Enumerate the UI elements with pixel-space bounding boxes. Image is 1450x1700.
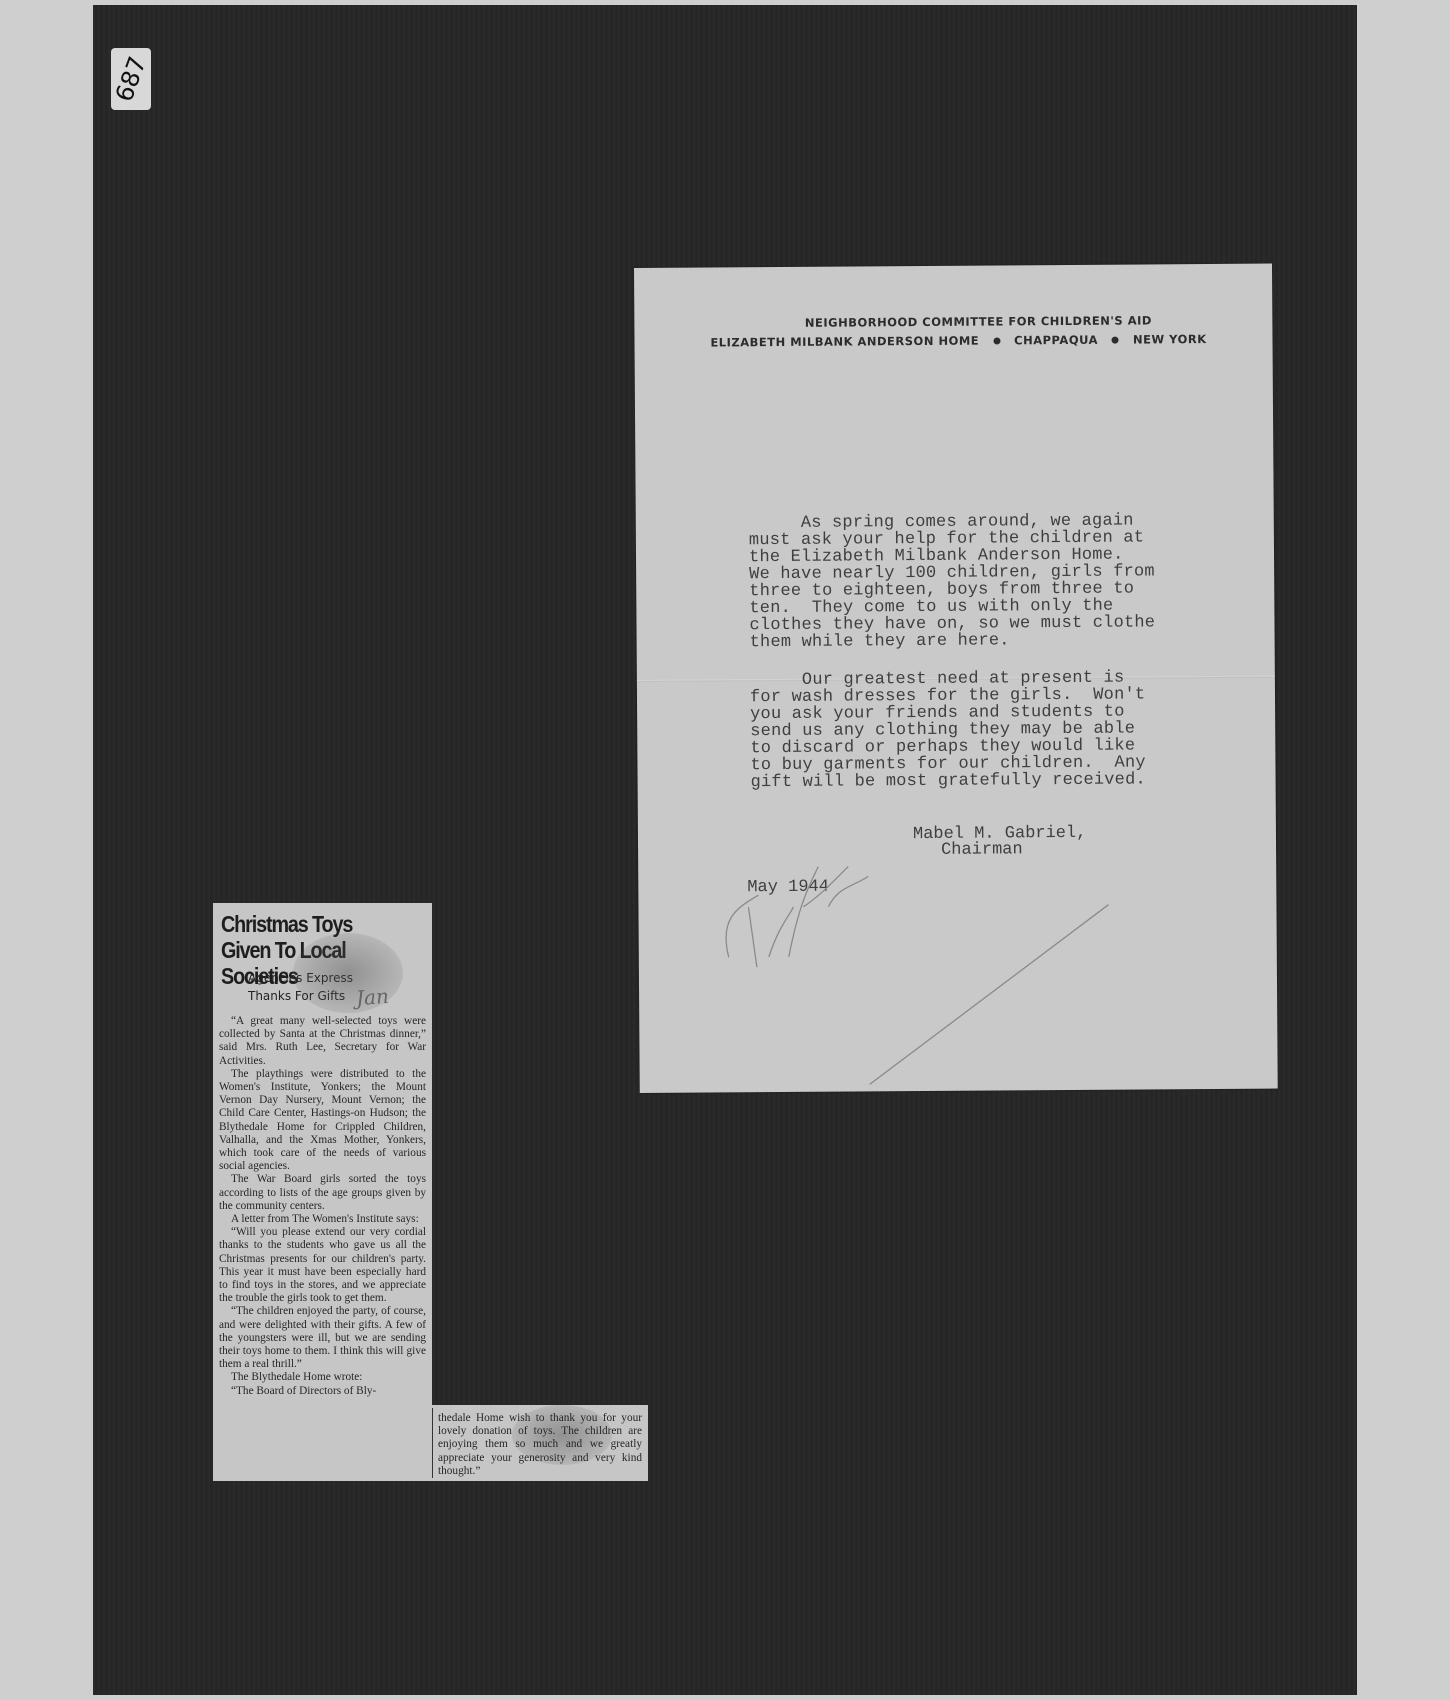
clipping-paragraph: The playthings were distributed to the W… xyxy=(219,1068,426,1174)
letter-paragraph-1: As spring comes around, we again must as… xyxy=(749,512,1170,651)
letterhead-town: CHAPPAQUA xyxy=(1014,333,1098,348)
clipping-paragraph: The War Board girls sorted the toys acco… xyxy=(219,1173,426,1213)
column-divider xyxy=(432,1408,433,1478)
letterhead-home: ELIZABETH MILBANK ANDERSON HOME xyxy=(710,334,979,350)
clipping-paragraph: “Will you please extend our very cordial… xyxy=(219,1226,426,1305)
bullet-icon xyxy=(993,337,1000,344)
clipping-paragraph: A letter from The Women's Institute says… xyxy=(219,1213,426,1226)
letter-paragraph-2: Our greatest need at present is for wash… xyxy=(750,669,1171,791)
clipping-paragraph: “A great many well-selected toys were co… xyxy=(219,1015,426,1068)
clipping-paragraph: “The children enjoyed the party, of cour… xyxy=(219,1305,426,1371)
letterhead-organization: NEIGHBORHOOD COMMITTEE FOR CHILDREN'S AI… xyxy=(634,313,1272,331)
clipping-column-1: “A great many well-selected toys were co… xyxy=(219,1015,426,1398)
letterhead-address: ELIZABETH MILBANK ANDERSON HOMECHAPPAQUA… xyxy=(634,332,1272,350)
clipping-paragraph: “The Board of Directors of Bly- xyxy=(219,1385,426,1398)
clipping-column-2: thedale Home wish to thank you for your … xyxy=(438,1412,642,1478)
smudge xyxy=(293,933,403,1013)
letterhead-state: NEW YORK xyxy=(1133,332,1207,347)
newspaper-clipping: Christmas Toys Given To Local Societies … xyxy=(213,903,432,1481)
newspaper-clipping-continuation: thedale Home wish to thank you for your … xyxy=(432,1405,648,1481)
page-number-label: 687 xyxy=(111,48,151,110)
bullet-icon xyxy=(1112,337,1119,344)
clipping-paragraph: thedale Home wish to thank you for your … xyxy=(438,1412,642,1478)
letter-date: May 1944 xyxy=(747,878,829,898)
page-number: 687 xyxy=(110,53,152,106)
letter: NEIGHBORHOOD COMMITTEE FOR CHILDREN'S AI… xyxy=(634,264,1278,1093)
clipping-paragraph: The Blythedale Home wrote: xyxy=(219,1371,426,1384)
signature-title: Chairman xyxy=(941,840,1023,860)
